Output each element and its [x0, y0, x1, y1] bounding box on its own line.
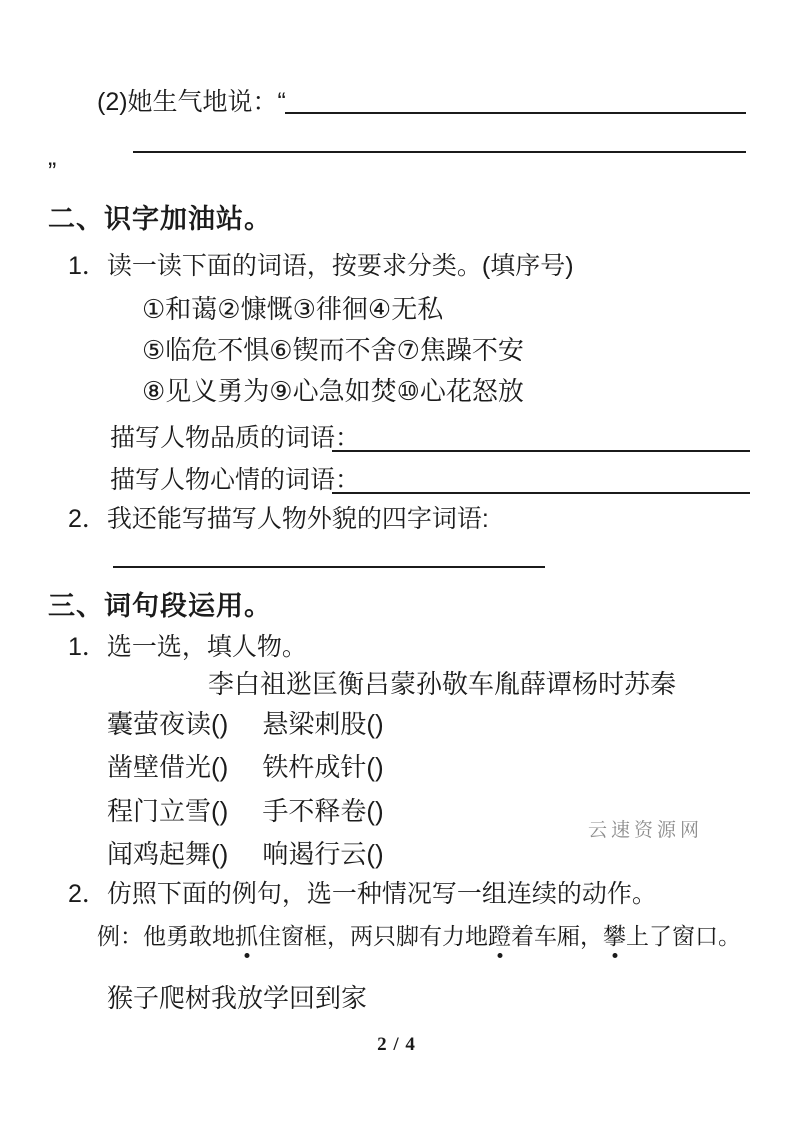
s3-q2-prompt: 2．仿照下面的例句，选一种情况写一组连续的动作。: [68, 880, 657, 909]
idiom-cell: 手不释卷(): [262, 796, 383, 826]
situation-options-line: 猴子爬树我放学回到家: [107, 984, 367, 1014]
idiom-cell: 程门立雪(): [107, 796, 228, 826]
section-two-heading: 二、识字加油站。: [48, 204, 272, 235]
example-segment: 例：他勇敢地: [97, 923, 235, 949]
emphasized-verb: 蹬: [488, 923, 511, 949]
idiom-row: 程门立雪()手不释卷(): [107, 797, 384, 827]
answer-blank-line: [133, 151, 746, 153]
idiom-cell: 悬梁刺股(): [262, 709, 383, 739]
worksheet-page: (2)她生气地说：“ ” 二、识字加油站。 1．读一读下面的词语，按要求分类。(…: [0, 0, 793, 1122]
example-segment: 住窗框，两只脚有力地: [258, 923, 488, 949]
idiom-row: 囊萤夜读()悬梁刺股(): [107, 710, 384, 740]
emphasized-verb: 攀: [603, 923, 626, 949]
answer-blank-line: [332, 492, 750, 494]
idiom-cell: 凿壁借光(): [107, 752, 228, 782]
idiom-cell: 囊萤夜读(): [107, 709, 228, 739]
example-sentence: 例：他勇敢地抓住窗框，两只脚有力地蹬着车厢，攀上了窗口。: [97, 923, 741, 949]
answer-blank-line: [285, 112, 746, 114]
section-three-heading: 三、词句段运用。: [48, 591, 272, 622]
word-bank-line: ⑤临危不惧⑥锲而不舍⑦焦躁不安: [142, 336, 524, 366]
s2-q2-prompt: 2．我还能写描写人物外貌的四字词语:: [68, 505, 489, 534]
s2-q1-prompt: 1．读一读下面的词语，按要求分类。(填序号): [68, 252, 574, 281]
blank-quality-label: 描写人物品质的词语：: [110, 424, 360, 453]
answer-blank-line: [332, 450, 750, 452]
s3-q1-prompt: 1．选一选，填人物。: [68, 633, 307, 662]
emphasized-verb: 抓: [235, 923, 258, 949]
name-bank: 李白祖逖匡衡吕蒙孙敬车胤薛谭杨时苏秦: [208, 670, 676, 700]
closing-quote-mark: ”: [48, 158, 56, 187]
idiom-cell: 铁杵成针(): [262, 752, 383, 782]
blank-mood-label: 描写人物心情的词语：: [110, 466, 360, 495]
example-segment: 着车厢，: [511, 923, 603, 949]
example-segment: 上了窗口。: [626, 923, 741, 949]
idiom-cell: 闻鸡起舞(): [107, 839, 228, 869]
idiom-cell: 响遏行云(): [262, 839, 383, 869]
word-bank-line: ①和蔼②慷慨③徘徊④无私: [142, 295, 443, 325]
idiom-row: 凿壁借光()铁杵成针(): [107, 753, 384, 783]
idiom-row: 闻鸡起舞()响遏行云(): [107, 840, 384, 870]
word-bank-line: ⑧见义勇为⑨心急如焚⑩心花怒放: [142, 377, 524, 407]
page-number: 2 / 4: [0, 1034, 793, 1056]
q-she-angry-said-prefix: (2)她生气地说：“: [97, 88, 286, 117]
site-watermark: 云速资源网: [588, 820, 703, 842]
answer-blank-line: [113, 566, 545, 568]
